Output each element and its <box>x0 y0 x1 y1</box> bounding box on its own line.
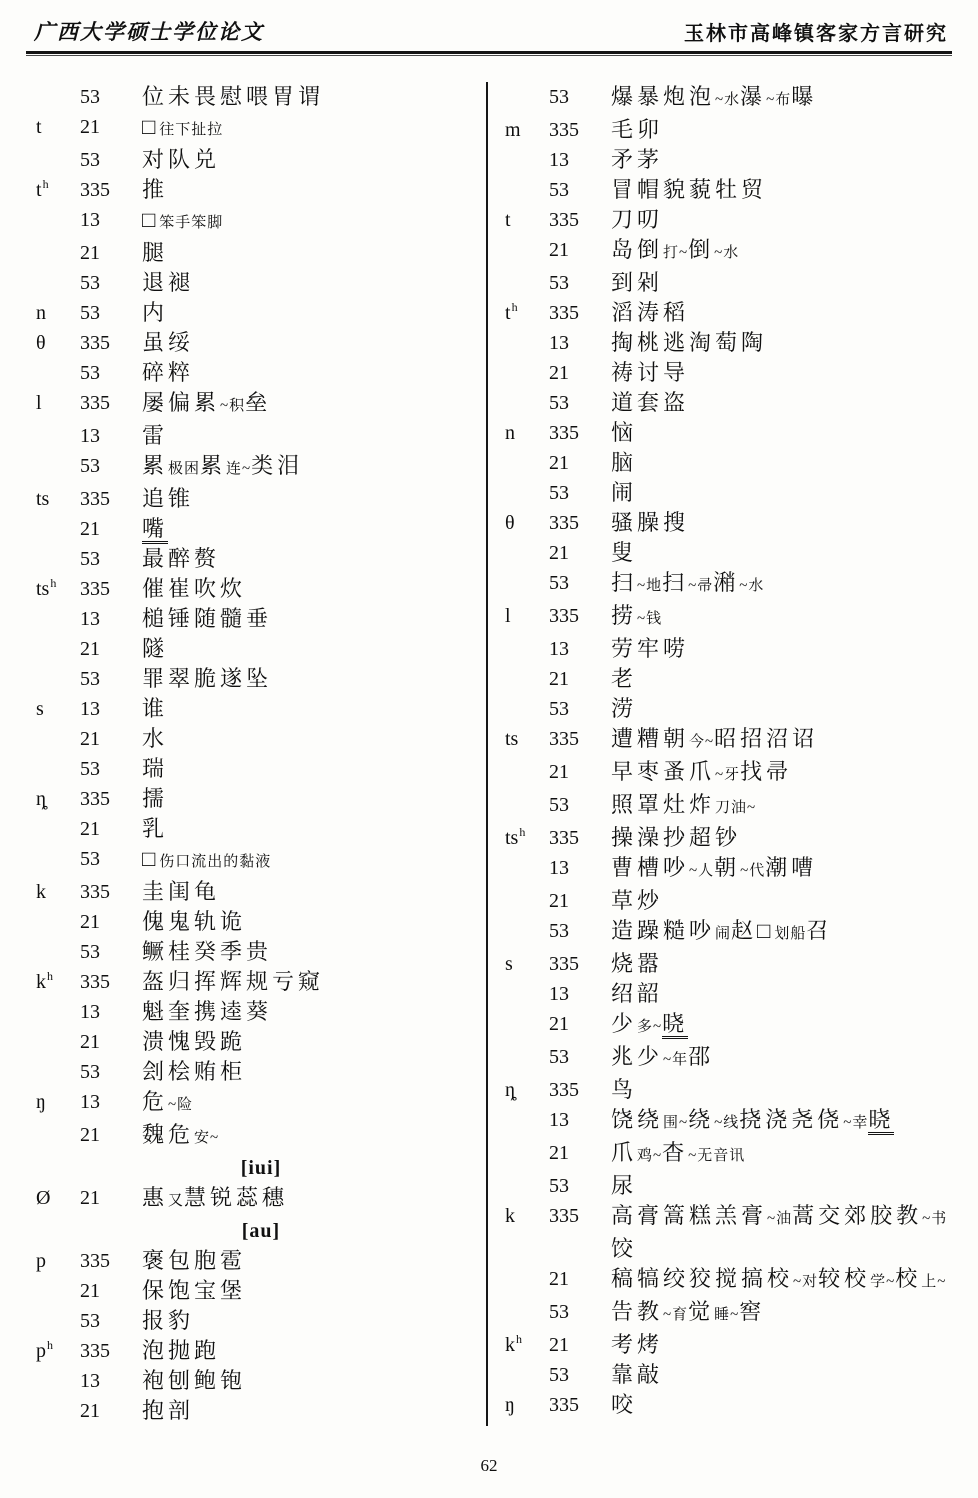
tone-value: 53 <box>80 358 142 388</box>
rhyme-header: [au] <box>36 1216 486 1246</box>
usage-note: ~钱 <box>637 611 662 627</box>
character-group: 杳 <box>662 1140 688 1165</box>
character-group: 脑 <box>611 450 637 475</box>
tone-value: 21 <box>80 1396 142 1426</box>
entry-row: tsh335催崔吹炊 <box>36 574 486 604</box>
tone-value: 13 <box>549 979 611 1009</box>
character-group: 召 <box>806 918 832 943</box>
entry-row: 53扫~地扫~帚潲~水 <box>505 568 954 601</box>
tone-value: 21 <box>80 907 142 937</box>
tone-value: 21 <box>80 238 142 268</box>
initial-consonant <box>36 268 80 298</box>
character-group: 窖 <box>739 1299 765 1324</box>
tone-value: 335 <box>80 328 142 358</box>
syllable-characters: 腿 <box>142 238 486 268</box>
tone-value: 13 <box>549 1105 611 1138</box>
initial-consonant <box>505 664 549 694</box>
character-group: 慧锐蕊穗 <box>184 1185 288 1210</box>
syllable-characters: 乳 <box>142 814 486 844</box>
initial-base: ȵ <box>36 788 46 810</box>
syllable-characters: 骚臊搜 <box>611 508 954 538</box>
entry-row: ts335遭糟朝今~昭招沼诏 <box>505 724 954 757</box>
initial-consonant: ȵ <box>505 1075 549 1105</box>
character-group: 照罩灶炸 <box>611 792 715 817</box>
syllable-characters: 尿 <box>611 1171 954 1201</box>
syllable-characters: 刽桧贿柜 <box>142 1057 486 1087</box>
character-group: 冒帽貌藐牡贸 <box>611 177 767 202</box>
character-group: 较校 <box>818 1266 870 1291</box>
initial-consonant <box>505 694 549 724</box>
syllable-characters: 位未畏慰喂胃谓 <box>142 82 486 112</box>
tone-value: 21 <box>549 1138 611 1171</box>
tone-value: 21 <box>80 1183 142 1216</box>
syllable-characters: 饶绕围~绕~线挠浇尧侥~幸晓 <box>611 1105 954 1138</box>
character-group: 校 <box>895 1266 921 1291</box>
entry-row: 21脑 <box>505 448 954 478</box>
tone-value: 21 <box>549 1264 611 1297</box>
entry-row: ȵ335鸟 <box>505 1075 954 1105</box>
initial-consonant <box>36 145 80 175</box>
initial-consonant <box>505 145 549 175</box>
tone-value: 53 <box>80 268 142 298</box>
character-group: 晓 <box>868 1107 894 1135</box>
entry-row: 21溃愧毁跪 <box>36 1027 486 1057</box>
entry-row: 21少多~晓 <box>505 1009 954 1042</box>
syllable-characters: 操澡抄超钞 <box>611 823 954 853</box>
tone-value: 21 <box>549 757 611 790</box>
entry-row: 53碎粹 <box>36 358 486 388</box>
character-group: 雷 <box>142 423 168 448</box>
initial-consonant <box>505 82 549 115</box>
usage-note: ~布 <box>766 92 791 108</box>
syllable-characters: 稿犒绞狡搅搞校~对较校学~校上~ <box>611 1264 954 1297</box>
tone-value: 21 <box>80 1276 142 1306</box>
character-group: 草炒 <box>611 888 663 913</box>
tone-value: 53 <box>549 478 611 508</box>
character-group: 烧嚣 <box>611 951 663 976</box>
initial-base: t <box>505 302 511 324</box>
initial-consonant <box>36 664 80 694</box>
syllable-characters: 推 <box>142 175 486 205</box>
syllable-characters: 扫~地扫~帚潲~水 <box>611 568 954 601</box>
character-group: 内 <box>142 300 168 325</box>
initial-consonant <box>36 1276 80 1306</box>
initial-consonant: k <box>36 877 80 907</box>
initial-consonant: k <box>505 1201 549 1264</box>
initial-consonant <box>36 514 80 544</box>
initial-base: p <box>36 1250 46 1272</box>
character-group: 保饱宝堡 <box>142 1278 246 1303</box>
character-group: 褒包胞雹 <box>142 1248 246 1273</box>
usage-note: 伤口流出的黏液 <box>159 854 271 870</box>
tone-value: 21 <box>549 538 611 568</box>
entry-row: 21乳 <box>36 814 486 844</box>
tone-value: 13 <box>549 145 611 175</box>
aspiration-superscript: h <box>519 825 525 839</box>
character-group: 少 <box>611 1011 637 1036</box>
initial-consonant <box>36 205 80 238</box>
entry-row: ȵ335擩 <box>36 784 486 814</box>
initial-consonant <box>36 82 80 112</box>
usage-note: 连~ <box>226 461 251 477</box>
entry-row: 53刽桧贿柜 <box>36 1057 486 1087</box>
entry-row: 21嘴 <box>36 514 486 544</box>
entry-row: 13劳牢唠 <box>505 634 954 664</box>
initial-consonant <box>505 175 549 205</box>
header-right-title: 玉林市高峰镇客家方言研究 <box>684 17 948 46</box>
character-group: 骚臊搜 <box>611 510 689 535</box>
entry-row: th335滔涛稻 <box>505 298 954 328</box>
syllable-characters: 到剁 <box>611 268 954 298</box>
syllable-characters: 考烤 <box>611 1330 954 1360</box>
character-group: 邵 <box>688 1044 714 1069</box>
character-group: 累 <box>142 453 168 478</box>
character-group: 曝 <box>791 84 817 109</box>
syllable-characters: 魁奎携逵葵 <box>142 997 486 1027</box>
initial-consonant: p <box>36 1246 80 1276</box>
usage-note: ~幸 <box>843 1115 868 1131</box>
usage-note: 闹 <box>715 926 731 942</box>
initial-base: ts <box>505 827 518 849</box>
initial-consonant <box>36 1120 80 1153</box>
character-group: □ <box>142 846 159 871</box>
entry-row: 21爪鸡~杳~无音讯 <box>505 1138 954 1171</box>
syllable-characters: 告教~育觉睡~窖 <box>611 1297 954 1330</box>
entry-row: 53□伤口流出的黏液 <box>36 844 486 877</box>
syllable-characters: 捞~钱 <box>611 601 954 634</box>
character-group: 挠浇尧侥 <box>739 1107 843 1132</box>
tone-value: 53 <box>549 916 611 949</box>
entry-row: 53罪翠脆遂坠 <box>36 664 486 694</box>
initial-base: ŋ <box>36 1091 46 1113</box>
tone-value: 335 <box>549 298 611 328</box>
entry-row: 53告教~育觉睡~窖 <box>505 1297 954 1330</box>
entry-row: 53瑞 <box>36 754 486 784</box>
usage-note: ~年 <box>663 1052 688 1068</box>
usage-note: ~水 <box>715 92 740 108</box>
character-group: 乳 <box>142 816 168 841</box>
tone-value: 13 <box>549 634 611 664</box>
entry-row: k335高膏篙糕羔膏~油蒿交郊胶教~书饺 <box>505 1201 954 1264</box>
syllable-characters: □往下扯拉 <box>142 112 486 145</box>
entry-row: 53报豹 <box>36 1306 486 1336</box>
usage-note: 鸡~ <box>637 1148 662 1164</box>
thesis-page: 广西大学硕士学位论文 玉林市高峰镇客家方言研究 53位未畏慰喂胃谓t21□往下扯… <box>0 0 978 1498</box>
tone-value: 21 <box>80 1027 142 1057</box>
character-group: 绕 <box>688 1107 714 1132</box>
initial-base: θ <box>505 512 515 534</box>
character-group: 咬 <box>611 1392 637 1417</box>
entry-row: 21稿犒绞狡搅搞校~对较校学~校上~ <box>505 1264 954 1297</box>
syllable-characters: 少多~晓 <box>611 1009 954 1042</box>
entry-row: th335推 <box>36 175 486 205</box>
character-group: 矛茅 <box>611 147 663 172</box>
character-group: 潲 <box>713 570 739 595</box>
syllable-characters: 造躁糙吵闹赵□划船召 <box>611 916 954 949</box>
character-group: 早枣蚤爪 <box>611 759 715 784</box>
initial-base: s <box>36 698 44 720</box>
syllable-characters: 闹 <box>611 478 954 508</box>
tone-value: 13 <box>80 694 142 724</box>
syllable-characters: 雷 <box>142 421 486 451</box>
initial-base: t <box>505 209 511 231</box>
tone-value: 13 <box>80 1366 142 1396</box>
character-group: 扫 <box>611 570 637 595</box>
entry-row: ŋ335咬 <box>505 1390 954 1420</box>
character-group: 绍韶 <box>611 981 663 1006</box>
entry-row: l335屡偏累~积垒 <box>36 388 486 421</box>
character-group: 擩 <box>142 786 168 811</box>
character-group: 鳜桂癸季贵 <box>142 939 272 964</box>
entry-row: 53累极困累连~类泪 <box>36 451 486 484</box>
initial-consonant <box>505 1297 549 1330</box>
tone-value: 21 <box>549 1009 611 1042</box>
usage-note: ~人 <box>689 863 714 879</box>
initial-base: ȵ <box>505 1079 515 1101</box>
tone-value: 53 <box>549 268 611 298</box>
character-group: 退褪 <box>142 270 194 295</box>
syllable-characters: 抱剖 <box>142 1396 486 1426</box>
character-group: 位未畏慰喂胃谓 <box>142 84 324 109</box>
entry-row: 21傀鬼轨诡 <box>36 907 486 937</box>
tone-value: 53 <box>549 694 611 724</box>
character-group: □ <box>142 114 159 139</box>
entry-row: 13矛茅 <box>505 145 954 175</box>
initial-consonant <box>36 814 80 844</box>
character-group: 盔归挥辉规亏窥 <box>142 969 324 994</box>
initial-consonant <box>505 1105 549 1138</box>
initial-consonant <box>505 388 549 418</box>
entry-row: kh335盔归挥辉规亏窥 <box>36 967 486 997</box>
entry-row: 53位未畏慰喂胃谓 <box>36 82 486 112</box>
entry-row: ts335追锥 <box>36 484 486 514</box>
initial-base: k <box>505 1334 515 1356</box>
entry-row: t21□往下扯拉 <box>36 112 486 145</box>
tone-value: 53 <box>549 388 611 418</box>
usage-note: 笨手笨脚 <box>159 215 223 231</box>
syllable-characters: 绍韶 <box>611 979 954 1009</box>
entry-row: 53兆少~年邵 <box>505 1042 954 1075</box>
entry-row: 13曹槽吵~人朝~代潮嘈 <box>505 853 954 886</box>
syllable-characters: 溃愧毁跪 <box>142 1027 486 1057</box>
tone-value: 53 <box>80 664 142 694</box>
syllable-characters: 毛卯 <box>611 115 954 145</box>
usage-note: ~育 <box>663 1307 688 1323</box>
entry-row: 53造躁糙吵闹赵□划船召 <box>505 916 954 949</box>
tone-value: 21 <box>549 235 611 268</box>
character-group: 瀑 <box>740 84 766 109</box>
tone-value: 53 <box>80 1306 142 1336</box>
entry-row: 21水 <box>36 724 486 754</box>
initial-consonant <box>505 979 549 1009</box>
usage-note: 往下扯拉 <box>159 122 223 138</box>
initial-consonant <box>36 238 80 268</box>
syllable-characters: 岛倒打~倒~水 <box>611 235 954 268</box>
syllable-characters: 水 <box>142 724 486 754</box>
usage-note: 围~ <box>663 1115 688 1131</box>
initial-base: k <box>505 1205 515 1227</box>
initial-consonant <box>505 1264 549 1297</box>
tone-value: 335 <box>80 484 142 514</box>
tone-value: 13 <box>80 604 142 634</box>
entry-row: 21抱剖 <box>36 1396 486 1426</box>
initial-consonant: n <box>505 418 549 448</box>
entry-row: n335恼 <box>505 418 954 448</box>
syllable-characters: 祷讨导 <box>611 358 954 388</box>
tone-value: 21 <box>80 1120 142 1153</box>
initial-base: Ø <box>36 1187 50 1209</box>
character-group: 最醉赘 <box>142 546 220 571</box>
initial-base: ts <box>505 728 518 750</box>
syllable-characters: 道套盗 <box>611 388 954 418</box>
entry-row: 53道套盗 <box>505 388 954 418</box>
initial-consonant: t <box>36 112 80 145</box>
character-group: 告教 <box>611 1299 663 1324</box>
entry-row: θ335骚臊搜 <box>505 508 954 538</box>
entry-row: 53到剁 <box>505 268 954 298</box>
initial-consonant <box>505 1360 549 1390</box>
initial-consonant: l <box>505 601 549 634</box>
initial-consonant <box>505 358 549 388</box>
character-group: 鸟 <box>611 1077 637 1102</box>
syllable-characters: 矛茅 <box>611 145 954 175</box>
syllable-characters: 嘴 <box>142 514 486 544</box>
entry-row: 13掏桃逃淘萄陶 <box>505 328 954 358</box>
initial-base: n <box>505 422 515 444</box>
character-group: 爪 <box>611 1140 637 1165</box>
tone-value: 21 <box>80 112 142 145</box>
initial-consonant <box>36 1027 80 1057</box>
entry-row: k335圭闺龟 <box>36 877 486 907</box>
initial-consonant <box>36 1366 80 1396</box>
header-left-title: 广西大学硕士学位论文 <box>34 16 264 46</box>
initial-base: t <box>36 179 42 201</box>
syllable-characters: 草炒 <box>611 886 954 916</box>
usage-note: ~油 <box>767 1211 792 1227</box>
syllable-characters: 脑 <box>611 448 954 478</box>
tone-value: 21 <box>549 448 611 478</box>
entry-row: 53照罩灶炸刀油~ <box>505 790 954 823</box>
tone-value: 53 <box>80 937 142 967</box>
initial-consonant <box>36 358 80 388</box>
character-group: 虽绥 <box>142 330 194 355</box>
character-group: 碎粹 <box>142 360 194 385</box>
entry-row: kh21考烤 <box>505 1330 954 1360</box>
syllable-characters: 袍刨鲍铇 <box>142 1366 486 1396</box>
tone-value: 53 <box>549 175 611 205</box>
entry-row: l335捞~钱 <box>505 601 954 634</box>
character-group: 圭闺龟 <box>142 879 220 904</box>
aspiration-superscript: h <box>47 969 53 983</box>
character-group: 操澡抄超钞 <box>611 825 741 850</box>
initial-consonant <box>505 235 549 268</box>
entry-row: 13槌锤随髓垂 <box>36 604 486 634</box>
tone-value: 13 <box>549 853 611 886</box>
entry-row: 53对队兑 <box>36 145 486 175</box>
syllable-characters: 傀鬼轨诡 <box>142 907 486 937</box>
initial-consonant <box>505 1138 549 1171</box>
character-group: 扫 <box>662 570 688 595</box>
entry-row: θ335虽绥 <box>36 328 486 358</box>
tone-value: 53 <box>549 790 611 823</box>
entry-row: Ø21惠又慧锐蕊穗 <box>36 1183 486 1216</box>
syllable-characters: 照罩灶炸刀油~ <box>611 790 954 823</box>
character-group: 岛倒 <box>611 237 663 262</box>
usage-note: 多~ <box>637 1019 662 1035</box>
character-group: 对队兑 <box>142 147 220 172</box>
syllable-characters: 内 <box>142 298 486 328</box>
tone-value: 53 <box>80 544 142 574</box>
syllable-characters: 高膏篙糕羔膏~油蒿交郊胶教~书饺 <box>611 1201 954 1264</box>
syllable-characters: 叟 <box>611 538 954 568</box>
syllable-characters: 冒帽貌藐牡贸 <box>611 175 954 205</box>
tone-value: 13 <box>549 328 611 358</box>
entry-row: 21早枣蚤爪~牙找帚 <box>505 757 954 790</box>
tone-value: 335 <box>549 508 611 538</box>
character-group: 泡抛跑 <box>142 1338 220 1363</box>
tone-value: 21 <box>80 514 142 544</box>
usage-note: ~水 <box>739 578 764 594</box>
entry-row: 21腿 <box>36 238 486 268</box>
usage-note: ~无音讯 <box>688 1148 745 1164</box>
entry-row: tsh335操澡抄超钞 <box>505 823 954 853</box>
syllable-characters: □笨手笨脚 <box>142 205 486 238</box>
syllable-characters: 槌锤随髓垂 <box>142 604 486 634</box>
initial-base: t <box>36 116 42 138</box>
initial-consonant <box>36 1396 80 1426</box>
character-group: 饺 <box>611 1236 637 1261</box>
character-group: 昭招沼诏 <box>714 726 818 751</box>
syllable-characters: 恼 <box>611 418 954 448</box>
character-group: 嘴 <box>142 516 168 544</box>
initial-consonant: l <box>36 388 80 421</box>
syllable-characters: 罪翠脆遂坠 <box>142 664 486 694</box>
entry-row: ŋ13危~险 <box>36 1087 486 1120</box>
initial-consonant: ŋ <box>36 1087 80 1120</box>
initial-consonant <box>36 634 80 664</box>
character-group: 魁奎携逵葵 <box>142 999 272 1024</box>
initial-base: ŋ <box>505 1394 515 1416</box>
initial-consonant <box>36 1057 80 1087</box>
usage-note: ~水 <box>714 245 739 261</box>
character-group: 罪翠脆遂坠 <box>142 666 272 691</box>
character-group: 靠敲 <box>611 1362 663 1387</box>
syllable-characters: 鸟 <box>611 1075 954 1105</box>
initial-consonant <box>505 478 549 508</box>
initial-base: s <box>505 953 513 975</box>
tone-value: 335 <box>549 418 611 448</box>
entry-row: 21草炒 <box>505 886 954 916</box>
entry-row: n53内 <box>36 298 486 328</box>
usage-note: ~对 <box>793 1274 818 1290</box>
syllable-characters: 屡偏累~积垒 <box>142 388 486 421</box>
tone-value: 21 <box>549 358 611 388</box>
initial-base: θ <box>36 332 46 354</box>
syllable-characters: 报豹 <box>142 1306 486 1336</box>
initial-consonant <box>505 538 549 568</box>
initial-consonant: s <box>36 694 80 724</box>
entry-row: 21叟 <box>505 538 954 568</box>
character-group: 倒 <box>688 237 714 262</box>
entry-row: 53爆暴炮泡~水瀑~布曝 <box>505 82 954 115</box>
initial-base: ts <box>36 578 49 600</box>
page-header: 广西大学硕士学位论文 玉林市高峰镇客家方言研究 <box>0 0 978 46</box>
entry-row: 53退褪 <box>36 268 486 298</box>
tone-value: 21 <box>549 664 611 694</box>
character-group: 捞 <box>611 603 637 628</box>
character-group: 催崔吹炊 <box>142 576 246 601</box>
entry-row: 13雷 <box>36 421 486 451</box>
